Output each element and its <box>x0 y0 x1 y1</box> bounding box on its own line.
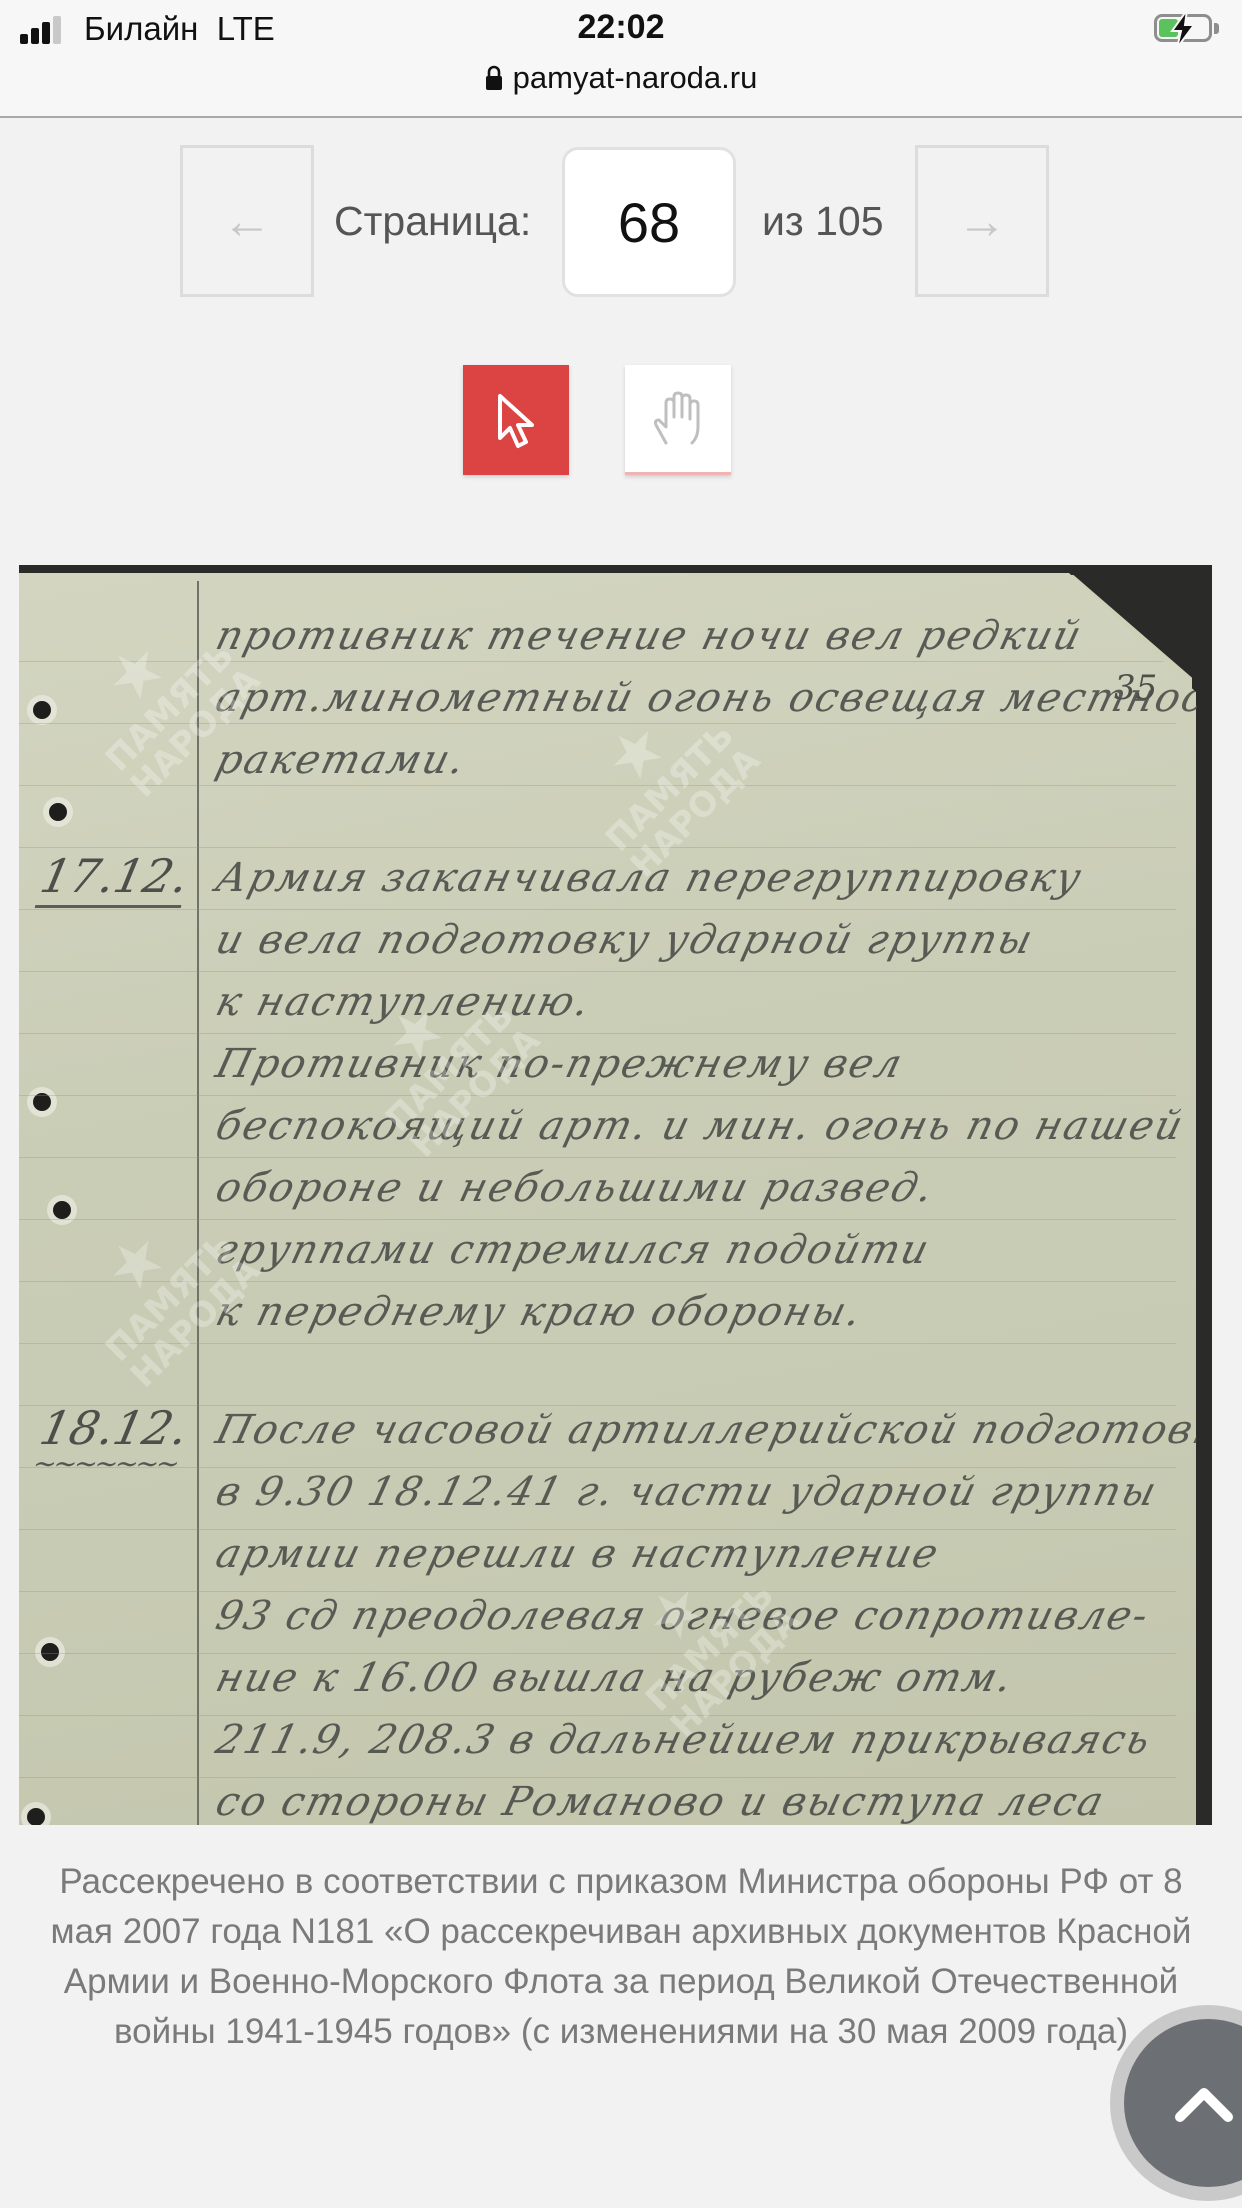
arrow-right-icon: → <box>957 192 1007 250</box>
ruled-line <box>19 1281 1176 1282</box>
ruled-line <box>19 1157 1176 1158</box>
ruled-line <box>19 1033 1176 1034</box>
arrow-left-icon: ← <box>222 192 272 250</box>
pan-mode-button[interactable] <box>625 365 731 475</box>
binding-hole <box>49 803 67 821</box>
entry-date: 18.12. <box>35 1401 193 1455</box>
margin-line <box>197 581 199 1825</box>
ruled-line <box>19 971 1176 972</box>
ruled-line <box>19 723 1176 724</box>
status-bar: Билайн LTE 22:02 <box>0 0 1242 62</box>
total-pages-label: из 105 <box>762 198 884 245</box>
document-paper: 35 противник течение ночи вел редкийарт.… <box>19 573 1196 1825</box>
handwritten-line: противник течение ночи вел редкий <box>211 613 1087 659</box>
binding-hole <box>33 701 51 719</box>
ruled-line <box>19 1653 1176 1654</box>
lock-icon <box>485 63 503 89</box>
ruled-line <box>19 1591 1176 1592</box>
ruled-line <box>19 661 1176 662</box>
handwritten-line: в 9.30 18.12.41 г. части ударной группы <box>211 1469 1162 1515</box>
ruled-line <box>19 1095 1176 1096</box>
charging-bolt-icon <box>1168 10 1198 48</box>
select-mode-button[interactable] <box>463 365 569 475</box>
binding-hole <box>27 1808 45 1825</box>
cursor-arrow-icon <box>486 388 546 452</box>
hand-icon <box>648 387 708 451</box>
handwritten-line: к переднему краю обороны. <box>211 1289 867 1335</box>
ruled-line <box>19 847 1176 848</box>
archive-document-image[interactable]: 35 противник течение ночи вел редкийарт.… <box>19 565 1212 1825</box>
battery-icon <box>1154 14 1222 46</box>
handwritten-line: со стороны Романово и выступа леса <box>211 1779 1110 1825</box>
handwritten-line: беспокоящий арт. и мин. огонь по нашей <box>211 1103 1189 1149</box>
handwritten-line: 211.9, 208.3 в дальнейшем прикрываясь <box>211 1717 1156 1763</box>
handwritten-line: армии перешли в наступление <box>211 1531 944 1577</box>
browser-top-bar: Билайн LTE 22:02 pamyat-naroda.ru <box>0 0 1242 118</box>
handwritten-line: После часовой артиллерийской подготовки <box>211 1407 1212 1453</box>
declassification-notice: Рассекречено в соответствии с приказом М… <box>30 1857 1212 2057</box>
ruled-line <box>19 1405 1176 1406</box>
handwritten-line: ракетами. <box>211 737 471 783</box>
handwritten-line: ние к 16.00 вышла на рубеж отм. <box>211 1655 1018 1701</box>
address-bar[interactable]: pamyat-naroda.ru <box>0 60 1242 96</box>
ruled-line <box>19 909 1176 910</box>
handwritten-line: 93 сд преодолевая огневое сопротивле- <box>211 1593 1154 1639</box>
ruled-line <box>19 1715 1176 1716</box>
page-label: Страница: <box>334 198 531 245</box>
ruled-line <box>19 1343 1176 1344</box>
next-page-button[interactable]: → <box>915 145 1049 297</box>
ruled-line <box>19 785 1176 786</box>
ruled-line <box>19 1529 1176 1530</box>
ruled-line <box>19 1777 1176 1778</box>
url-text: pamyat-naroda.ru <box>513 60 758 95</box>
ruled-line <box>19 1219 1176 1220</box>
handwritten-line: Противник по-прежнему вел <box>211 1041 908 1087</box>
handwritten-line: группами стремился подойти <box>211 1227 935 1273</box>
binding-hole <box>53 1201 71 1219</box>
page-number-input[interactable] <box>562 147 736 297</box>
clock: 22:02 <box>0 8 1242 47</box>
handwritten-line: и вела подготовку ударной группы <box>211 917 1039 963</box>
ruled-line <box>19 1467 1176 1468</box>
handwritten-line: обороне и небольшими развед. <box>211 1165 939 1211</box>
handwritten-line: Армия заканчивала перегруппировку <box>211 855 1087 901</box>
handwritten-line: к наступлению. <box>211 979 596 1025</box>
previous-page-button[interactable]: ← <box>180 145 314 297</box>
entry-date: 17.12. <box>35 849 194 908</box>
handwritten-line: арт.минометный огонь освещая местность <box>211 675 1212 721</box>
chevron-up-icon <box>1174 2083 1234 2123</box>
binding-hole <box>41 1643 59 1661</box>
